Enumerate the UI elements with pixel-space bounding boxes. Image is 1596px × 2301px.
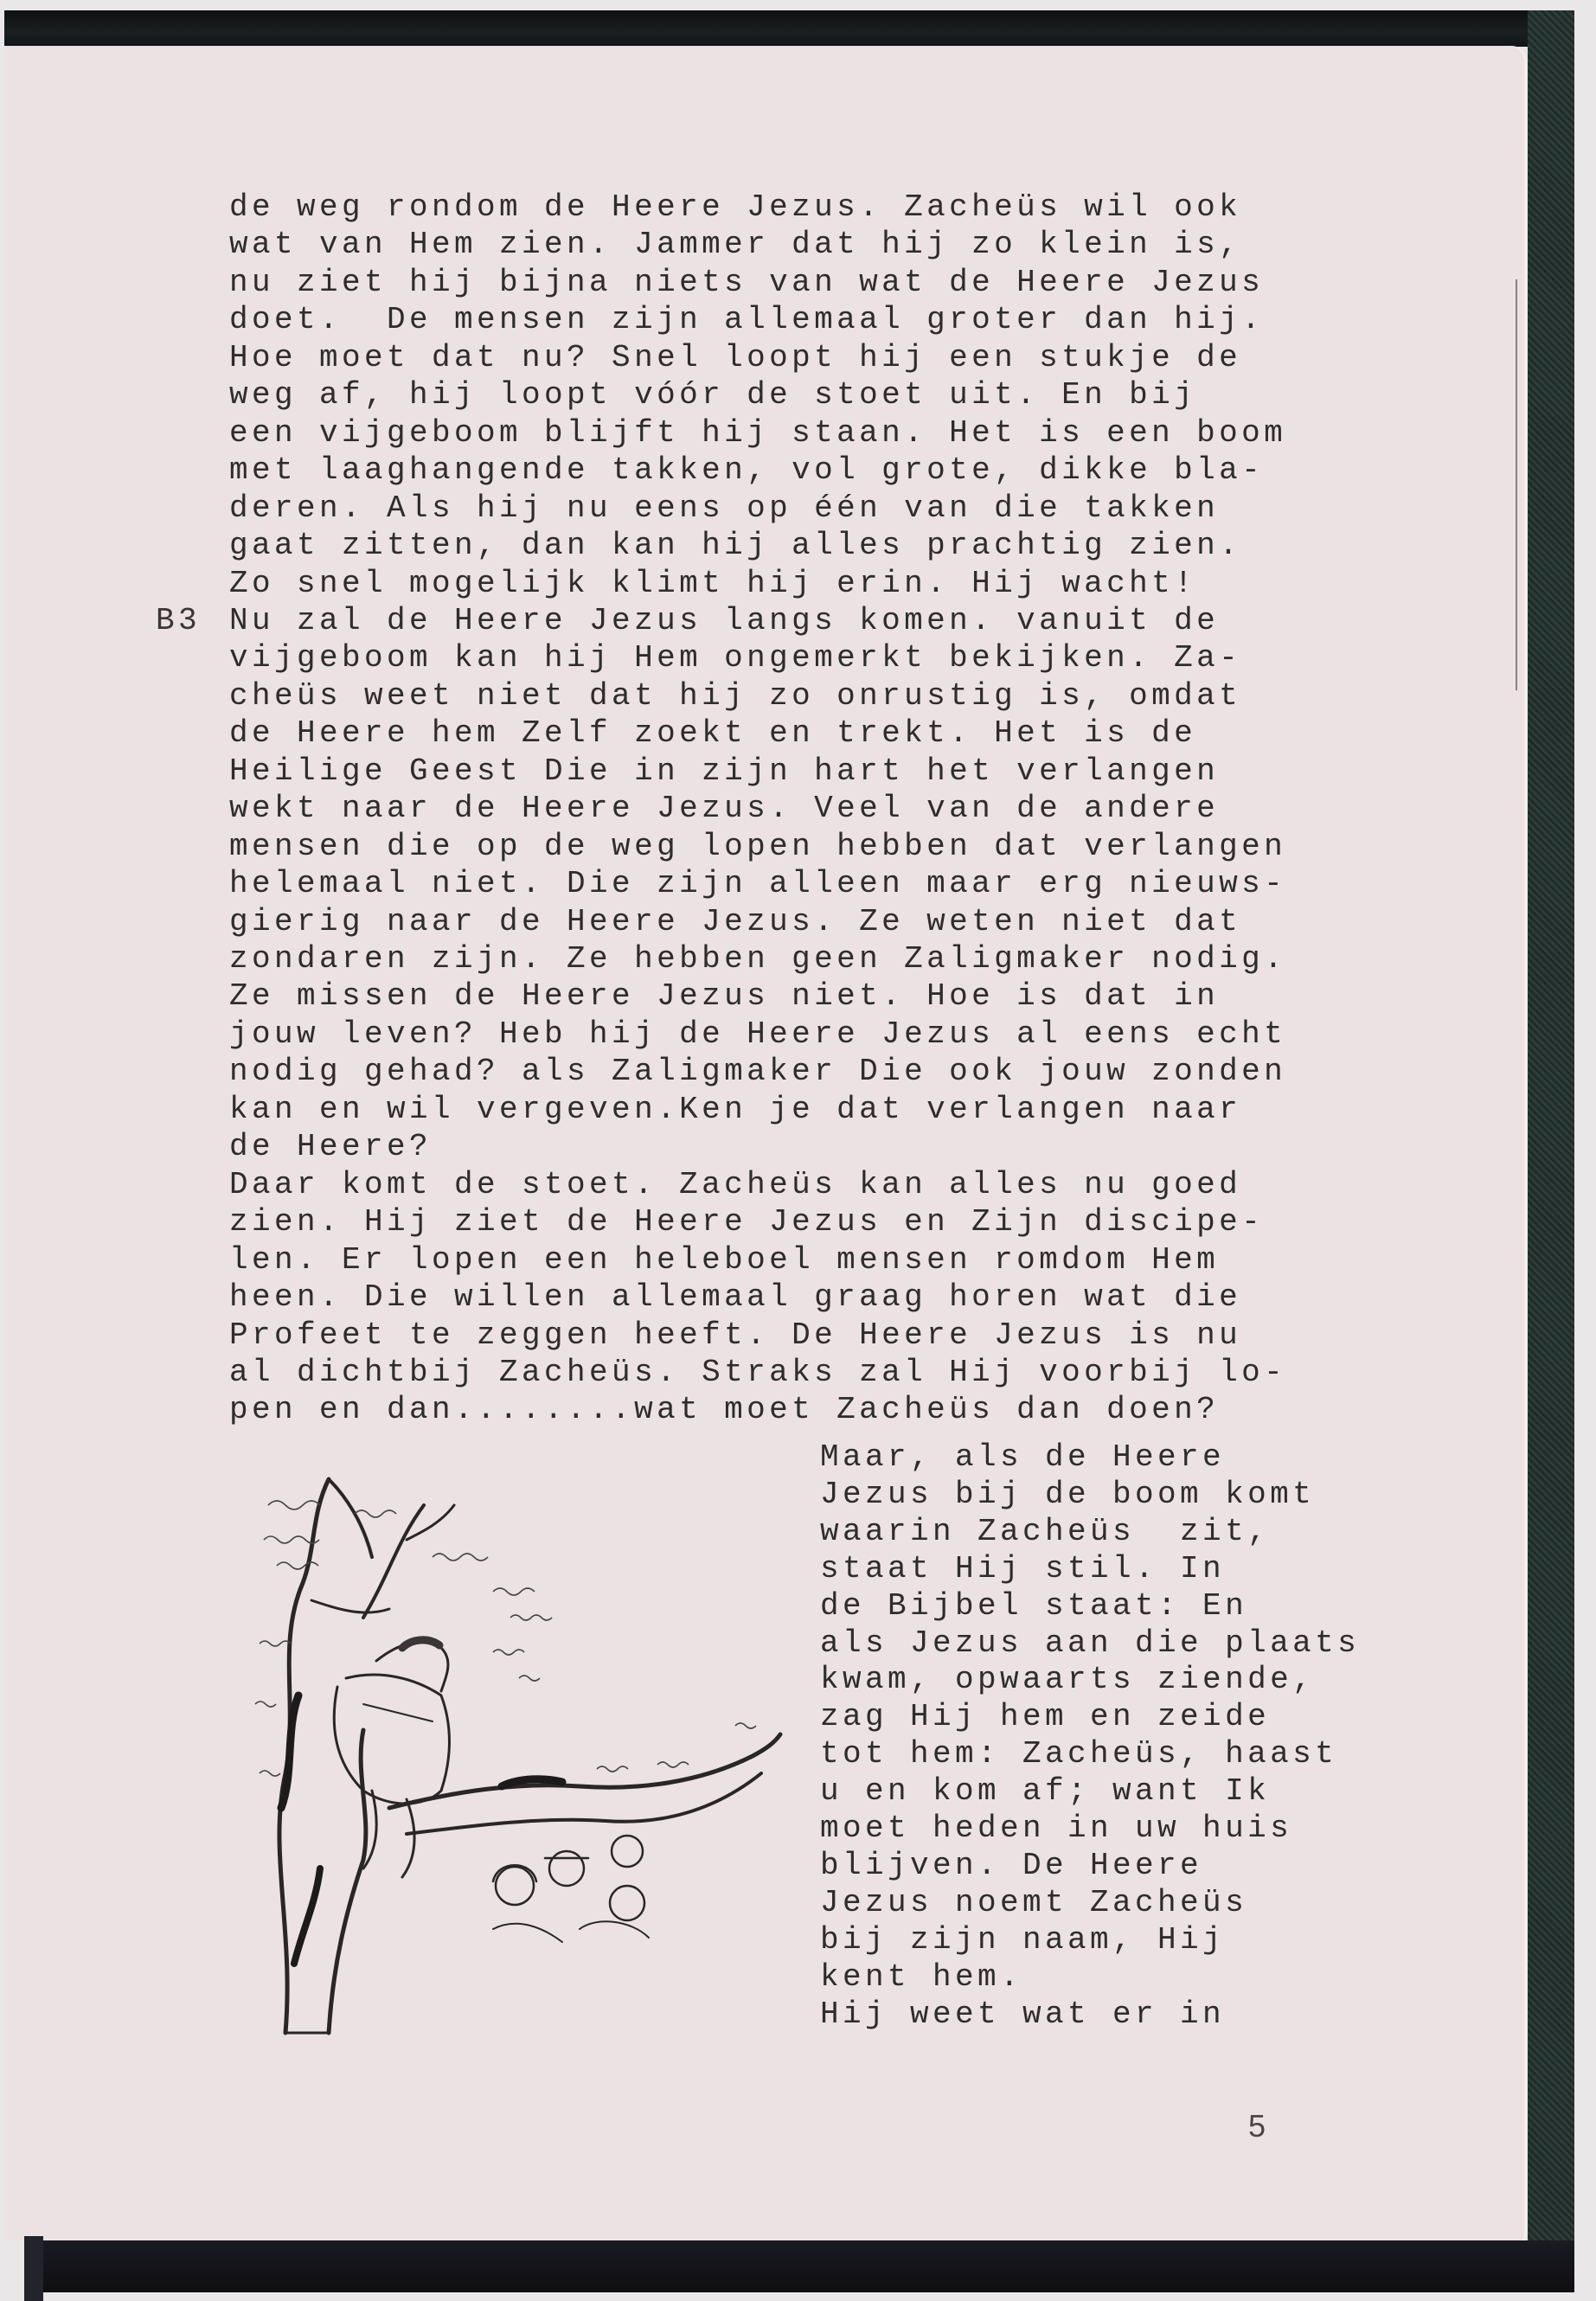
text-line: met laaghangende takken, vol grote, dikk… — [229, 455, 1264, 486]
text-line: deren. Als hij nu eens op één van die ta… — [229, 493, 1219, 524]
text-line: weg af, hij loopt vóór de stoet uit. En … — [229, 380, 1196, 411]
text-line: mensen die op de weg lopen hebben dat ve… — [229, 831, 1286, 862]
column-text-line: bij zijn naam, Hij — [820, 1925, 1225, 1956]
text-line: pen en dan........wat moet Zacheüs dan d… — [229, 1394, 1219, 1426]
text-line: nodig gehad? als Zaligmaker Die ook jouw… — [229, 1056, 1286, 1087]
text-line: jouw leven? Heb hij de Heere Jezus al ee… — [229, 1019, 1286, 1050]
column-text-line: als Jezus aan die plaats — [820, 1628, 1360, 1659]
column-text-line: Maar, als de Heere — [820, 1442, 1225, 1473]
text-line: Zo snel mogelijk klimt hij erin. Hij wac… — [229, 568, 1196, 599]
margin-label: B3 — [156, 606, 201, 637]
text-line: Profeet te zeggen heeft. De Heere Jezus … — [229, 1320, 1241, 1351]
text-line: gierig naar de Heere Jezus. Ze weten nie… — [229, 907, 1241, 938]
text-line: Heilige Geest Die in zijn hart het verla… — [229, 756, 1219, 787]
text-line: Ze missen de Heere Jezus niet. Hoe is da… — [229, 981, 1219, 1012]
text-line: helemaal niet. Die zijn alleen maar erg … — [229, 868, 1286, 900]
column-text-line: moet heden in uw huis — [820, 1813, 1292, 1844]
binding-frame-top — [4, 10, 1574, 47]
column-text-line: zag Hij hem en zeide — [820, 1702, 1270, 1733]
column-text-line: Jezus bij de boom komt — [820, 1479, 1315, 1510]
text-line: len. Er lopen een heleboel mensen romdom… — [229, 1245, 1219, 1276]
column-text-line: waarin Zacheüs zit, — [820, 1516, 1270, 1548]
column-text-line: Hij weet wat er in — [820, 1999, 1225, 2030]
text-line: wekt naar de Heere Jezus. Veel van de an… — [229, 793, 1219, 824]
text-line: al dichtbij Zacheüs. Straks zal Hij voor… — [229, 1357, 1286, 1388]
text-line: zondaren zijn. Ze hebben geen Zaligmaker… — [229, 944, 1286, 975]
text-line: Daar komt de stoet. Zacheüs kan alles nu… — [229, 1170, 1241, 1201]
binding-frame-bottom — [26, 2240, 1574, 2292]
text-line: doet. De mensen zijn allemaal groter dan… — [229, 304, 1264, 336]
text-line: Nu zal de Heere Jezus langs komen. vanui… — [229, 606, 1219, 637]
text-line: de weg rondom de Heere Jezus. Zacheüs wi… — [229, 192, 1241, 223]
column-text-line: tot hem: Zacheüs, haast — [820, 1739, 1337, 1770]
column-text-line: staat Hij stil. In — [820, 1554, 1225, 1585]
page-number: 5 — [1248, 2108, 1266, 2144]
text-line: gaat zitten, dan kan hij alles prachtig … — [229, 530, 1241, 561]
text-line: vijgeboom kan hij Hem ongemerkt bekijken… — [229, 643, 1241, 674]
column-text-line: Jezus noemt Zacheüs — [820, 1888, 1247, 1919]
page-edge-rule — [1516, 279, 1517, 690]
text-line: nu ziet hij bijna niets van wat de Heere… — [229, 267, 1264, 298]
zacchaeus-tree-illustration — [234, 1445, 787, 2041]
text-line: wat van Hem zien. Jammer dat hij zo klei… — [229, 229, 1241, 260]
text-line: heen. Die willen allemaal graag horen wa… — [229, 1282, 1241, 1313]
binding-frame-right — [1528, 10, 1574, 2259]
column-text-line: kent hem. — [820, 1962, 1022, 1993]
text-line: de Heere hem Zelf zoekt en trekt. Het is… — [229, 718, 1196, 749]
column-text-line: u en kom af; want Ik — [820, 1776, 1270, 1807]
column-text-line: blijven. De Heere — [820, 1850, 1202, 1881]
text-line: zien. Hij ziet de Heere Jezus en Zijn di… — [229, 1207, 1264, 1238]
text-line: een vijgeboom blijft hij staan. Het is e… — [229, 418, 1286, 449]
column-text-line: kwam, opwaarts ziende, — [820, 1664, 1315, 1695]
text-line: de Heere? — [229, 1131, 432, 1163]
text-line: Hoe moet dat nu? Snel loopt hij een stuk… — [229, 343, 1241, 374]
text-line: cheüs weet niet dat hij zo onrustig is, … — [229, 681, 1241, 712]
text-line: kan en wil vergeven.Ken je dat verlangen… — [229, 1094, 1241, 1125]
column-text-line: de Bijbel staat: En — [820, 1591, 1247, 1622]
binding-frame-corner — [24, 2236, 43, 2301]
